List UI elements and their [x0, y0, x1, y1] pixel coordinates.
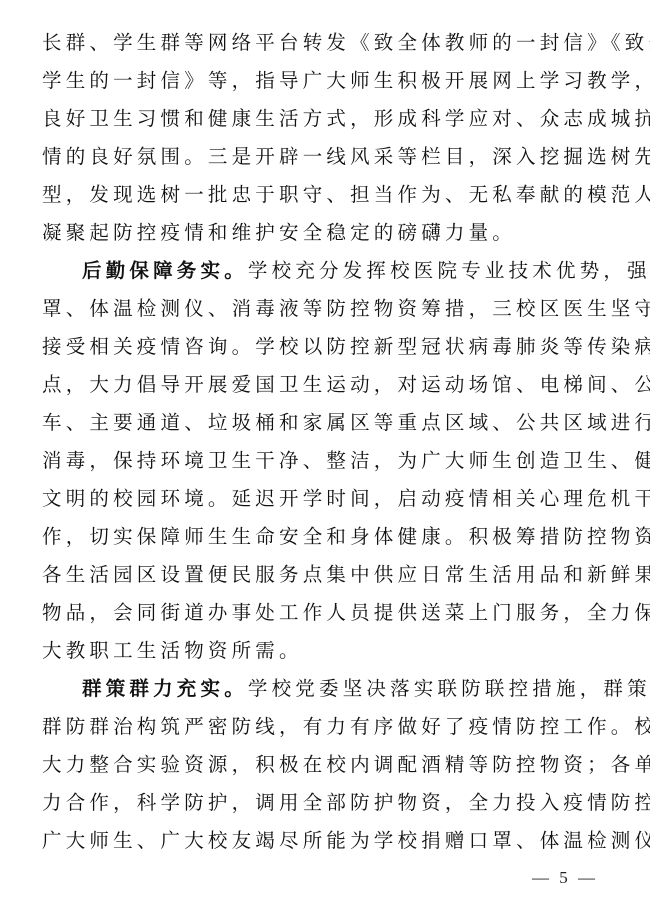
paragraph-first-line: 群策群力充实。学校党委坚决落实联防联控措施，群策群力、	[82, 670, 594, 708]
text-line: 力合作，科学防护，调用全部防护物资，全力投入疫情防控工作。	[42, 784, 594, 822]
text-line: 文明的校园环境。延迟开学时间，启动疫情相关心理危机干预工	[42, 480, 594, 518]
text-line: 接受相关疫情咨询。学校以防控新型冠状病毒肺炎等传染病为重	[42, 328, 594, 366]
text-line: 学生的一封信》等，指导广大师生积极开展网上学习教学，养成	[42, 62, 594, 100]
text-line: 大教职工生活物资所需。	[42, 632, 594, 670]
text-line: 良好卫生习惯和健康生活方式，形成科学应对、众志成城抗击疫	[42, 100, 594, 138]
document-page: 长群、学生群等网络平台转发《致全体教师的一封信》《致全体 学生的一封信》等，指导…	[0, 0, 650, 924]
text-line: 车、主要通道、垃圾桶和家属区等重点区域、公共区域进行全面	[42, 404, 594, 442]
text-line: 点，大力倡导开展爱国卫生运动，对运动场馆、电梯间、公务用	[42, 366, 594, 404]
text-line: 情的良好氛围。三是开辟一线风采等栏目，深入挖掘选树先进典	[42, 138, 594, 176]
page-number: — 5 —	[530, 868, 600, 888]
section-heading-logistics: 后勤保障务实。	[82, 259, 248, 282]
section-heading-collective: 群策群力充实。	[82, 677, 248, 700]
paragraph-first-line: 后勤保障务实。学校充分发挥校医院专业技术优势，强化口	[82, 252, 594, 290]
text-line: 罩、体温检测仪、消毒液等防控物资筹措，三校区医生坚守岗位，	[42, 290, 594, 328]
text-span: 学校党委坚决落实联防联控措施，群策群力、	[248, 677, 650, 700]
text-line: 大力整合实验资源，积极在校内调配酒精等防控物资；各单位通	[42, 746, 594, 784]
text-span: 学校充分发挥校医院专业技术优势，强化口	[248, 259, 650, 282]
text-line: 各生活园区设置便民服务点集中供应日常生活用品和新鲜果蔬等	[42, 556, 594, 594]
text-line: 广大师生、广大校友竭尽所能为学校捐赠口罩、体温检测仪、消	[42, 822, 594, 860]
text-line: 消毒，保持环境卫生干净、整洁，为广大师生创造卫生、健康、	[42, 442, 594, 480]
text-line: 型，发现选树一批忠于职守、担当作为、无私奉献的模范人物，	[42, 176, 594, 214]
text-line: 长群、学生群等网络平台转发《致全体教师的一封信》《致全体	[42, 24, 594, 62]
text-line: 作，切实保障师生生命安全和身体健康。积极筹措防控物资，在	[42, 518, 594, 556]
text-line: 物品，会同街道办事处工作人员提供送菜上门服务，全力保障广	[42, 594, 594, 632]
text-line: 凝聚起防控疫情和维护安全稳定的磅礴力量。	[42, 214, 594, 252]
text-line: 群防群治构筑严密防线，有力有序做好了疫情防控工作。校党委	[42, 708, 594, 746]
